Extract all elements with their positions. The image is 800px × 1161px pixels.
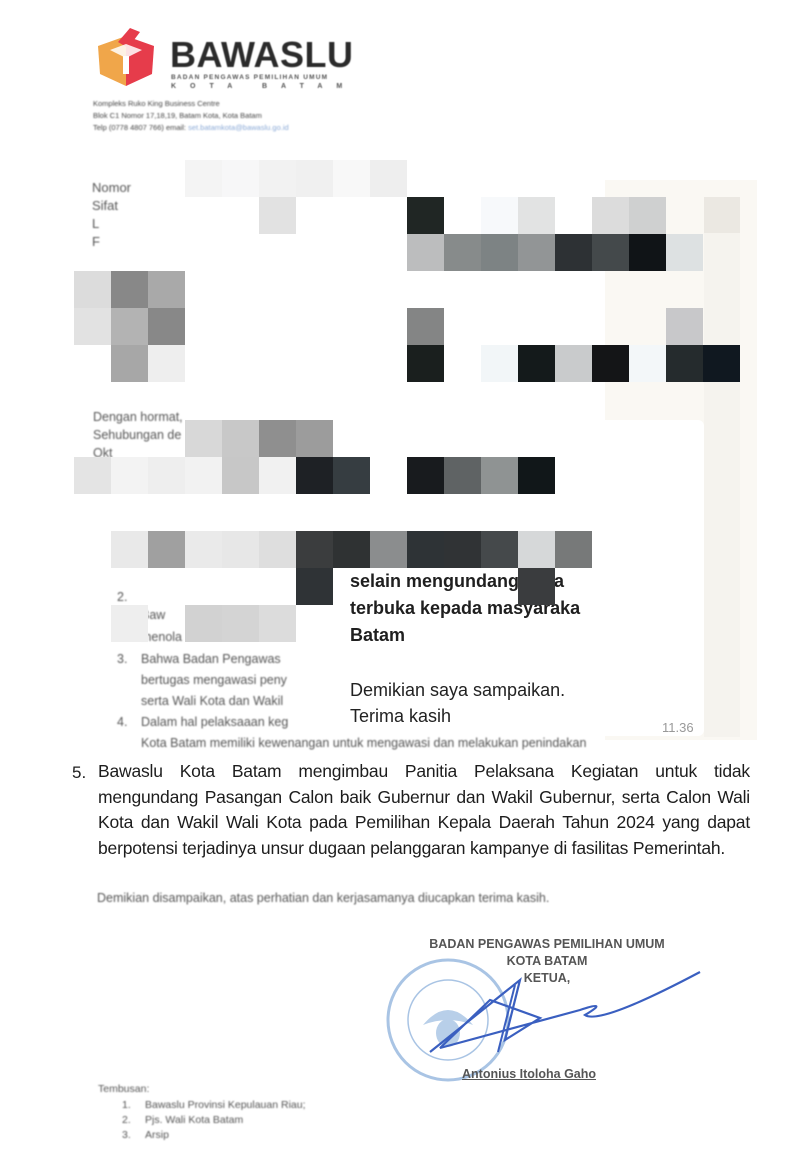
cc-item-2: Pjs. Wali Kota Batam (145, 1114, 243, 1126)
redaction-block (407, 531, 444, 568)
redaction-block (666, 234, 703, 271)
redaction-block (481, 345, 518, 382)
redaction-block (555, 531, 592, 568)
chat-line-6: Terima kasih (350, 706, 451, 727)
contact-line: Telp (0778 4807 766) email: set.batamkot… (93, 123, 289, 132)
address-line-2: Blok C1 Nomor 17,18,19, Batam Kota, Kota… (93, 111, 262, 120)
redaction-block (296, 420, 333, 457)
redaction-block (518, 457, 555, 494)
redaction-block (444, 234, 481, 271)
bawaslu-logo-icon (96, 28, 158, 90)
label-nomor: Nomor (92, 180, 131, 195)
signer-name: Antonius Itoloha Gaho (462, 1067, 596, 1081)
redaction-block (74, 457, 111, 494)
redaction-block (222, 457, 259, 494)
cc-label: Tembusan: (98, 1083, 149, 1095)
item-3-line-2: bertugas mengawasi peny (141, 673, 287, 687)
handwritten-signature-icon (410, 960, 710, 1070)
redaction-block (629, 345, 666, 382)
redaction-block (481, 234, 518, 271)
redaction-block (185, 605, 222, 642)
redaction-block (407, 457, 444, 494)
cc-item-1-num: 1. (122, 1099, 131, 1111)
label-sifat: Sifat (92, 198, 118, 213)
redaction-block (518, 345, 555, 382)
redaction-block (296, 568, 333, 605)
chat-line-5: Demikian saya sampaikan. (350, 680, 565, 701)
chat-scroll-thumb[interactable] (704, 197, 740, 233)
redaction-block (111, 457, 148, 494)
item-4-number: 4. (117, 715, 127, 729)
intro-line: Sehubungan de (93, 428, 181, 442)
chat-timestamp: 11.36 (662, 720, 694, 735)
redaction-block (666, 308, 703, 345)
redaction-block (666, 345, 703, 382)
label-lampiran: L (92, 216, 99, 231)
redaction-block (407, 308, 444, 345)
address-line-1: Kompleks Ruko King Business Centre (93, 99, 220, 108)
redaction-block (185, 160, 222, 197)
item-4-line-1: Dalam hal pelaksaaan keg (141, 715, 288, 729)
redaction-block (333, 457, 370, 494)
brand-city: KOTA BATAM (171, 83, 356, 90)
redaction-block (259, 160, 296, 197)
redaction-block (592, 234, 629, 271)
cc-item-1: Bawaslu Provinsi Kepulauan Riau; (145, 1099, 306, 1111)
redaction-block (111, 605, 148, 642)
chat-line-4: Batam (350, 625, 405, 646)
redaction-block (518, 531, 555, 568)
redaction-block (185, 531, 222, 568)
redaction-block (222, 160, 259, 197)
item-3-line-3: serta Wali Kota dan Wakil (141, 694, 283, 708)
phone-label: Telp (0778 4807 766) email: (93, 123, 186, 132)
redaction-block (518, 568, 555, 605)
item-3-line-1: Bahwa Badan Pengawas (141, 652, 281, 666)
redaction-block (259, 197, 296, 234)
cc-item-3-num: 3. (122, 1129, 131, 1141)
redaction-block (222, 531, 259, 568)
redaction-block (703, 345, 740, 382)
email-link[interactable]: set.batamkota@bawaslu.go.id (188, 123, 289, 132)
redaction-block (148, 531, 185, 568)
redaction-block (222, 420, 259, 457)
redaction-block (592, 345, 629, 382)
item-5-text: Bawaslu Kota Batam mengimbau Panitia Pel… (98, 759, 750, 861)
item-2-number: 2. (117, 590, 127, 604)
redaction-block (111, 308, 148, 345)
redaction-block (629, 234, 666, 271)
redaction-block (259, 605, 296, 642)
label-perihal: F (92, 234, 100, 249)
redaction-block (148, 308, 185, 345)
redaction-block (333, 531, 370, 568)
redaction-block (185, 457, 222, 494)
redaction-block (444, 531, 481, 568)
redaction-block (481, 457, 518, 494)
greeting: Dengan hormat, (93, 410, 183, 424)
redaction-block (111, 271, 148, 308)
redaction-block (148, 345, 185, 382)
redaction-block (74, 308, 111, 345)
redaction-block (370, 160, 407, 197)
cc-item-3: Arsip (145, 1129, 169, 1141)
redaction-block (296, 160, 333, 197)
redaction-block (148, 271, 185, 308)
closing-text: Demikian disampaikan, atas perhatian dan… (97, 891, 549, 905)
redaction-block (259, 420, 296, 457)
redaction-block (222, 605, 259, 642)
redaction-block (407, 234, 444, 271)
redaction-block (555, 234, 592, 271)
redaction-block (407, 197, 444, 234)
redaction-block (518, 234, 555, 271)
cc-item-2-num: 2. (122, 1114, 131, 1126)
redaction-block (555, 345, 592, 382)
item-5-number: 5. (72, 763, 86, 783)
redaction-block (407, 345, 444, 382)
redaction-block (481, 531, 518, 568)
brand-subtitle: BADAN PENGAWAS PEMILIHAN UMUM (171, 74, 328, 81)
redaction-block (296, 457, 333, 494)
signature-org-line-1: BADAN PENGAWAS PEMILIHAN UMUM (397, 937, 697, 951)
redaction-block (259, 457, 296, 494)
redaction-block (296, 531, 333, 568)
redaction-block (444, 457, 481, 494)
redaction-block (74, 271, 111, 308)
redaction-block (111, 345, 148, 382)
redaction-block (148, 457, 185, 494)
redaction-block (370, 531, 407, 568)
redaction-block (592, 197, 629, 234)
brand-name: BAWASLU (170, 34, 354, 76)
redaction-block (111, 531, 148, 568)
redaction-block (481, 197, 518, 234)
item-3-number: 3. (117, 652, 127, 666)
redaction-block (333, 160, 370, 197)
item-4-line-2: Kota Batam memiliki kewenangan untuk men… (141, 736, 586, 750)
redaction-block (629, 197, 666, 234)
chat-scrollbar[interactable] (704, 197, 740, 737)
redaction-block (518, 197, 555, 234)
redaction-block (259, 531, 296, 568)
redaction-block (185, 420, 222, 457)
